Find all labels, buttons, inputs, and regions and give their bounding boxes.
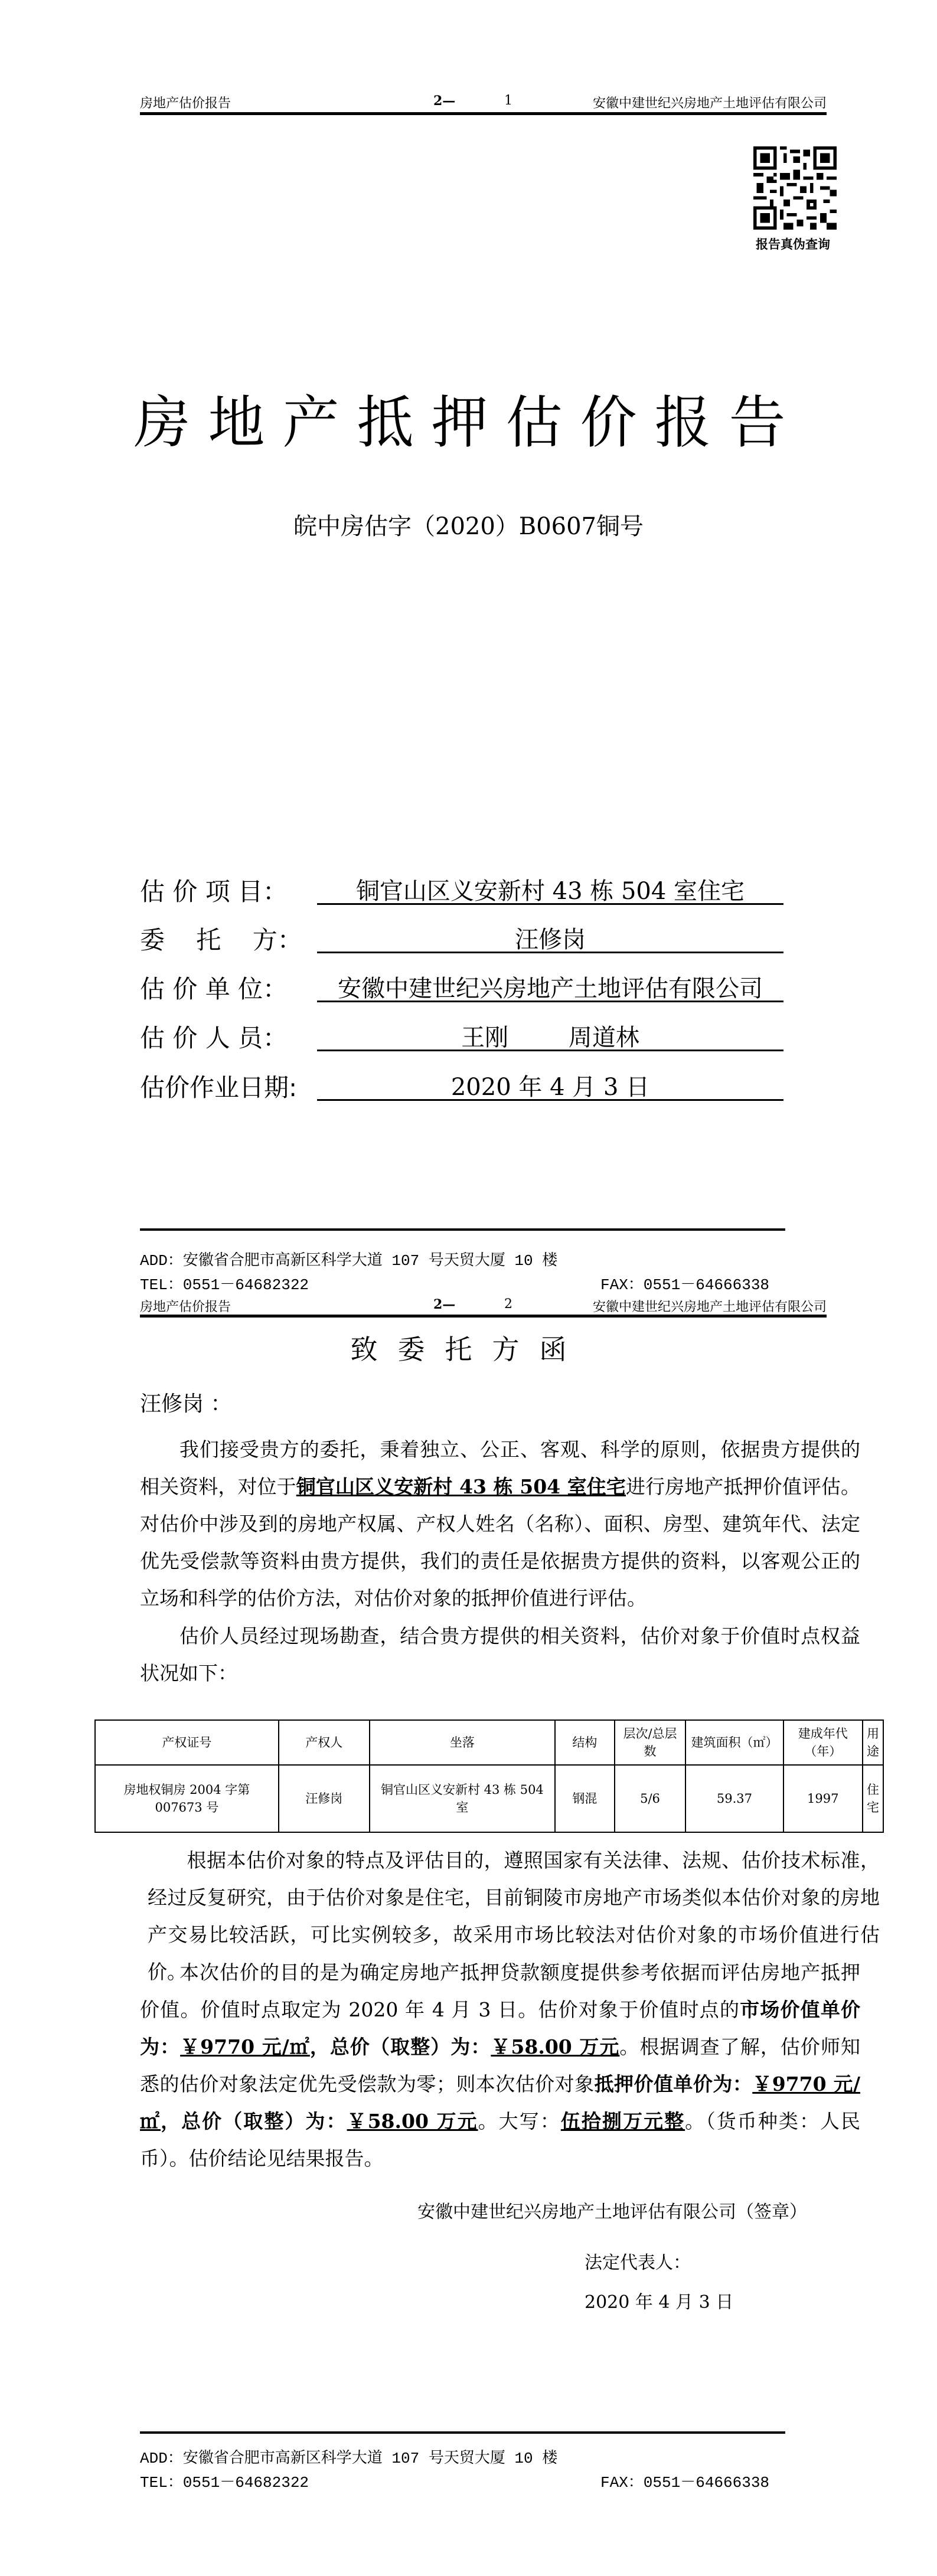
field-appraisal-unit: 估 价 单 位： 安徽中建世纪兴房地产土地评估有限公司: [140, 970, 783, 1005]
field-label: 估价作业日期:: [140, 1068, 297, 1104]
header-rule: [140, 112, 827, 115]
field-label: 委 托 方：: [140, 921, 302, 956]
mortgage-total-price: ￥58.00 万元: [347, 2110, 478, 2133]
letter-title: 致委托方函: [0, 1328, 937, 1367]
market-total-label: ，总价（取整）为：: [310, 2035, 491, 2058]
property-info-table: 产权证号 产权人 坐落 结构 层次/总层数 建筑面积（㎡） 建成年代（年） 用途…: [94, 1719, 884, 1833]
signature-company: 安徽中建世纪兴房地产土地评估有限公司（签章）: [417, 2197, 807, 2223]
cell-cert-no: 房地权铜房 2004 字第 007673 号: [95, 1765, 279, 1832]
paragraph-valuation: 本次估价的目的是为确定房地产抵押贷款额度提供参考依据而评估房地产抵押价值。价值时…: [140, 1954, 860, 2177]
signature-date: 2020 年 4 月 3 日: [585, 2287, 733, 2313]
footer-address: ADD：安徽省合肥市高新区科学大道 107 号天贸大厦 10 楼: [140, 2446, 557, 2467]
footer-rule: [140, 1228, 785, 1231]
field-value: 汪修岗: [317, 921, 783, 953]
field-appraisal-project: 估 价 项 目： 铜官山区义安新村 43 栋 504 室住宅: [140, 872, 783, 908]
field-client: 委 托 方： 汪修岗: [140, 921, 783, 956]
header-page-prefix: 2—: [433, 93, 455, 109]
footer-address: ADD：安徽省合肥市高新区科学大道 107 号天贸大厦 10 楼: [140, 1248, 557, 1270]
col-header: 层次/总层数: [615, 1720, 686, 1765]
header-page-prefix: 2—: [433, 1297, 455, 1312]
field-value: 王刚 周道林: [317, 1019, 783, 1051]
amount-in-words: 伍拾捌万元整: [561, 2110, 685, 2133]
field-label: 估 价 单 位：: [140, 970, 288, 1005]
qr-caption: 报告真伪查询: [737, 235, 849, 253]
header-page-number: 2: [504, 1297, 512, 1312]
qr-code-icon[interactable]: [753, 146, 837, 230]
header-company: 安徽中建世纪兴房地产土地评估有限公司: [593, 93, 827, 112]
market-total-price: ￥58.00 万元: [491, 2035, 619, 2058]
cell-area: 59.37: [685, 1765, 783, 1832]
report-title: 房地产抵押估价报告: [0, 378, 937, 459]
salutation: 汪修岗 ：: [140, 1387, 231, 1417]
field-label: 估 价 人 员：: [140, 1019, 288, 1054]
table-row: 房地权铜房 2004 字第 007673 号 汪修岗 铜官山区义安新村 43 栋…: [95, 1765, 883, 1832]
field-appraisers: 估 价 人 员： 王刚 周道林: [140, 1019, 783, 1054]
header-report-type: 房地产估价报告: [140, 1297, 231, 1315]
signature-legal-rep: 法定代表人：: [585, 2248, 691, 2274]
cell-location: 铜官山区义安新村 43 栋 504 室: [370, 1765, 555, 1832]
table-header-row: 产权证号 产权人 坐落 结构 层次/总层数 建筑面积（㎡） 建成年代（年） 用途: [95, 1720, 883, 1765]
header-rule: [140, 1315, 827, 1318]
page2-header: 房地产估价报告 2— 2 安徽中建世纪兴房地产土地评估有限公司: [140, 1297, 827, 1316]
page1-header: 房地产估价报告 2— 1 安徽中建世纪兴房地产土地评估有限公司: [140, 93, 827, 112]
col-header: 坐落: [370, 1720, 555, 1765]
col-header: 产权证号: [95, 1720, 279, 1765]
property-address-emph: 铜官山区义安新村 43 栋 504 室住宅: [296, 1475, 626, 1498]
cell-usage: 住宅: [863, 1765, 883, 1832]
col-header: 产权人: [279, 1720, 370, 1765]
footer-tel: TEL：0551－64682322: [140, 1272, 309, 1294]
cell-owner: 汪修岗: [279, 1765, 370, 1832]
col-header: 建成年代（年）: [783, 1720, 863, 1765]
cell-structure: 钢混: [555, 1765, 615, 1832]
field-appraisal-date: 估价作业日期: 2020 年 4 月 3 日: [140, 1068, 783, 1104]
col-header: 建筑面积（㎡）: [685, 1720, 783, 1765]
field-value: 安徽中建世纪兴房地产土地评估有限公司: [317, 970, 783, 1002]
header-report-type: 房地产估价报告: [140, 93, 231, 112]
footer-fax: FAX：0551－64666338: [600, 1272, 769, 1294]
para-text: 估价人员经过现场勘查，结合贵方提供的相关资料，估价对象于价值时点权益状况如下：: [140, 1624, 860, 1685]
cell-floor: 5/6: [615, 1765, 686, 1832]
mortgage-unit-price-label: 抵押价值单价为：: [595, 2072, 753, 2096]
cell-year: 1997: [783, 1765, 863, 1832]
header-page-number: 1: [504, 93, 512, 108]
market-unit-price: ￥9770 元/㎡: [180, 2035, 310, 2058]
col-header: 用途: [863, 1720, 883, 1765]
para-text: 。大写：: [478, 2110, 561, 2133]
footer-tel: TEL：0551－64682322: [140, 2470, 309, 2492]
document-number: 皖中房估字（2020）B0607铜号: [0, 508, 937, 541]
field-label: 估 价 项 目：: [140, 872, 288, 908]
field-value: 铜官山区义安新村 43 栋 504 室住宅: [317, 872, 783, 905]
footer-fax: FAX：0551－64666338: [600, 2470, 769, 2492]
paragraph-intro: 我们接受贵方的委托，秉着独立、公正、客观、科学的原则，依据贵方提供的相关资料，对…: [140, 1431, 860, 1617]
col-header: 结构: [555, 1720, 615, 1765]
field-value: 2020 年 4 月 3 日: [317, 1068, 783, 1101]
footer-rule: [140, 2431, 785, 2434]
header-company: 安徽中建世纪兴房地产土地评估有限公司: [593, 1297, 827, 1315]
paragraph-rights: 估价人员经过现场勘查，结合贵方提供的相关资料，估价对象于价值时点权益状况如下：: [140, 1617, 860, 1692]
mortgage-total-label: ，总价（取整）为：: [161, 2110, 347, 2133]
